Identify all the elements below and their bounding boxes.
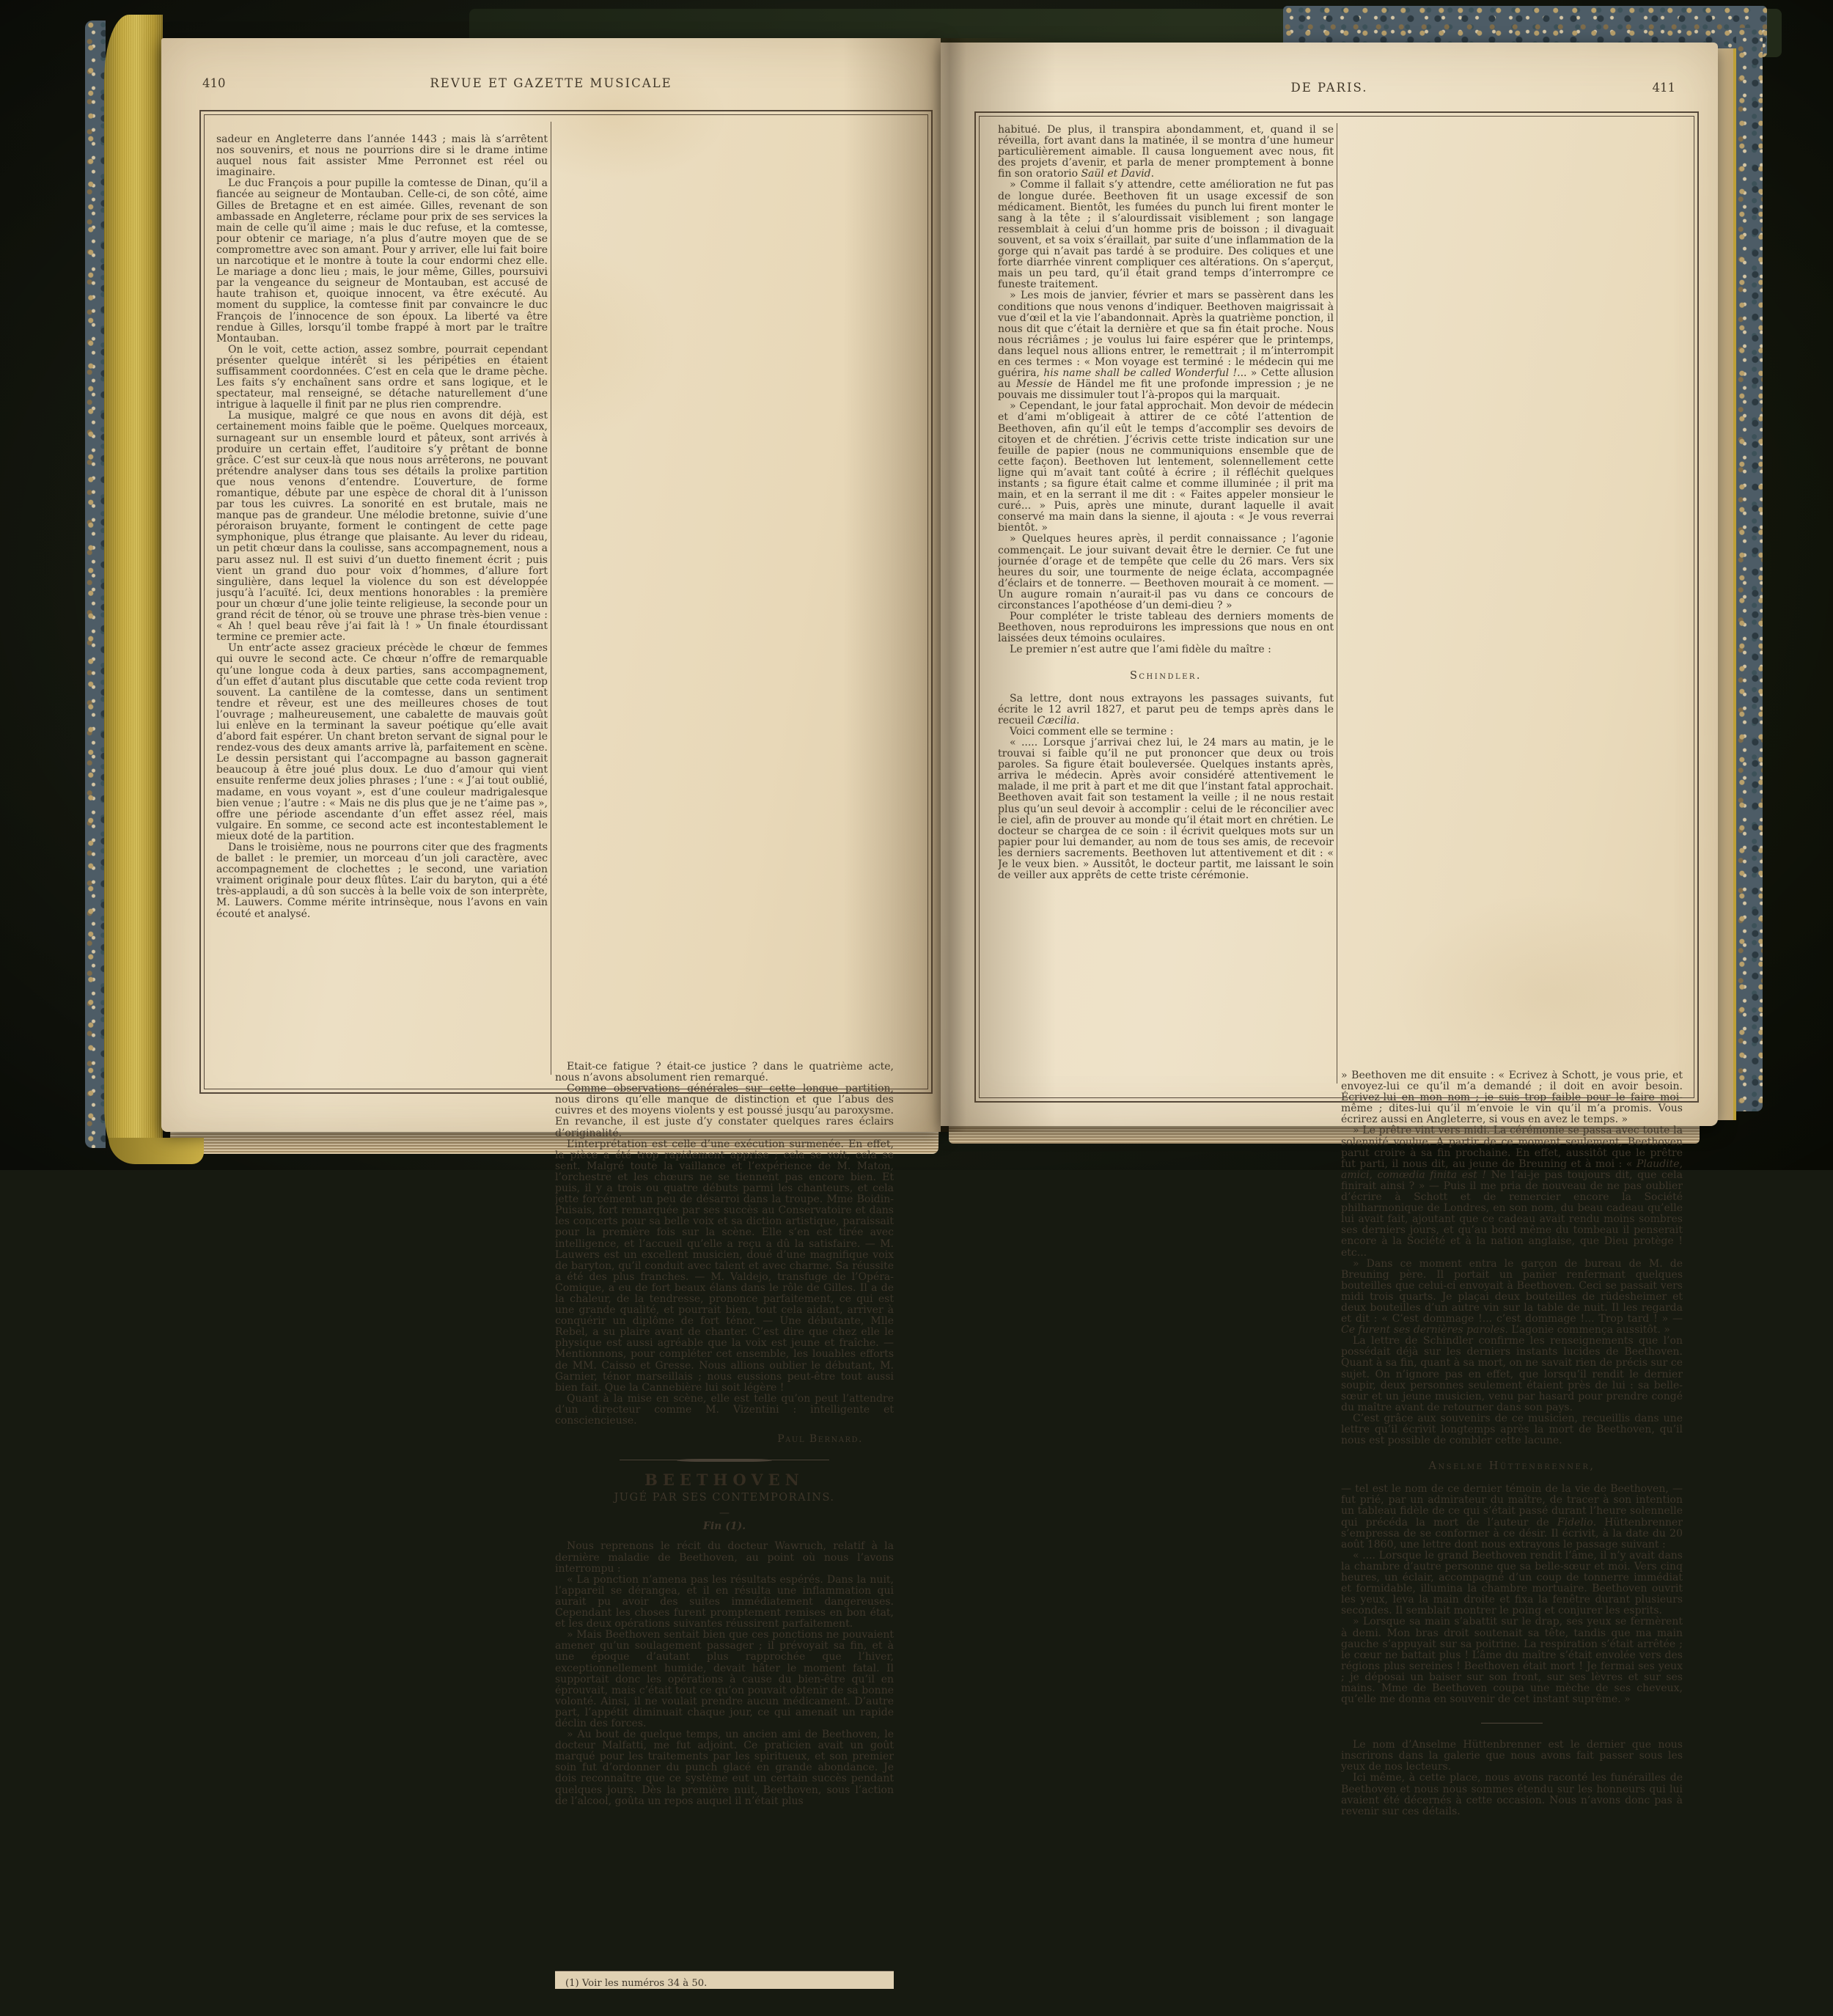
paragraph: » Les mois de janvier, février et mars s… <box>998 290 1334 401</box>
paragraph: Pour compléter le triste tableau des der… <box>998 611 1334 644</box>
paragraph: La musique, malgré ce que nous en avons … <box>216 411 548 643</box>
running-title-right: DE PARIS. <box>941 81 1718 95</box>
left-page-column-2: Était-ce fatigue ? était-ce justice ? da… <box>555 1062 894 1170</box>
photo-background: 410 REVUE ET GAZETTE MUSICALE sadeur en … <box>0 0 1833 1170</box>
paragraph: sadeur en Angleterre dans l’année 1443 ;… <box>216 134 548 178</box>
paragraph: habitué. De plus, il transpira abondamme… <box>998 125 1334 180</box>
paragraph: Voici comment elle se termine : <box>998 726 1334 737</box>
left-page-column-1: sadeur en Angleterre dans l’année 1443 ;… <box>216 134 548 1062</box>
paragraph: Le premier n’est autre que l’ami fidèle … <box>998 644 1334 655</box>
page-block-edge-right <box>1717 48 1736 1120</box>
paragraph: Était-ce fatigue ? était-ce justice ? da… <box>555 1062 894 1084</box>
paragraph: » Quelques heures après, il perdit conna… <box>998 534 1334 611</box>
paragraph: Dans le troisième, nous ne pourrons cite… <box>216 842 548 920</box>
gilt-corner-bottom-left <box>109 1138 204 1164</box>
paragraph: Un entr’acte assez gracieux précède le c… <box>216 643 548 842</box>
paragraph: « ..... Lorsque j’arrivai chez lui, le 2… <box>998 737 1334 881</box>
column-divider-left-page <box>551 122 551 1075</box>
paragraph: On le voit, cette action, assez sombre, … <box>216 345 548 411</box>
paragraph: L’interprétation est celle d’une exécuti… <box>555 1139 894 1170</box>
gilt-fore-edge <box>104 15 163 1158</box>
right-page: DE PARIS. 411 habitué. De plus, il trans… <box>941 43 1718 1126</box>
page-number-right: 411 <box>1653 81 1676 95</box>
right-page-column-1: habitué. De plus, il transpira abondamme… <box>998 125 1334 1070</box>
running-title-left: REVUE ET GAZETTE MUSICALE <box>161 76 941 90</box>
paragraph: Sa lettre, dont nous extrayons les passa… <box>998 694 1334 726</box>
paragraph: » Cependant, le jour fatal approchait. M… <box>998 401 1334 534</box>
paragraph: Le duc François a pour pupille la comtes… <box>216 178 548 344</box>
column-divider-right-page <box>1337 123 1337 1084</box>
marbled-board-edge-right <box>1736 28 1763 1111</box>
paragraph: » Comme il fallait s’y attendre, cette a… <box>998 180 1334 290</box>
marbled-board-edge-left <box>85 21 106 1148</box>
paragraph: Comme observations générales sur cette l… <box>555 1084 894 1138</box>
left-page: 410 REVUE ET GAZETTE MUSICALE sadeur en … <box>161 38 941 1132</box>
subhead: Schindler. <box>998 671 1334 682</box>
paragraph: » Le prêtre vint vers midi. La cérémonie… <box>1341 1125 1683 1170</box>
paragraph: » Beethoven me dit ensuite : « Écrivez à… <box>1341 1070 1683 1125</box>
right-page-column-2: » Beethoven me dit ensuite : « Écrivez à… <box>1341 1070 1683 1170</box>
